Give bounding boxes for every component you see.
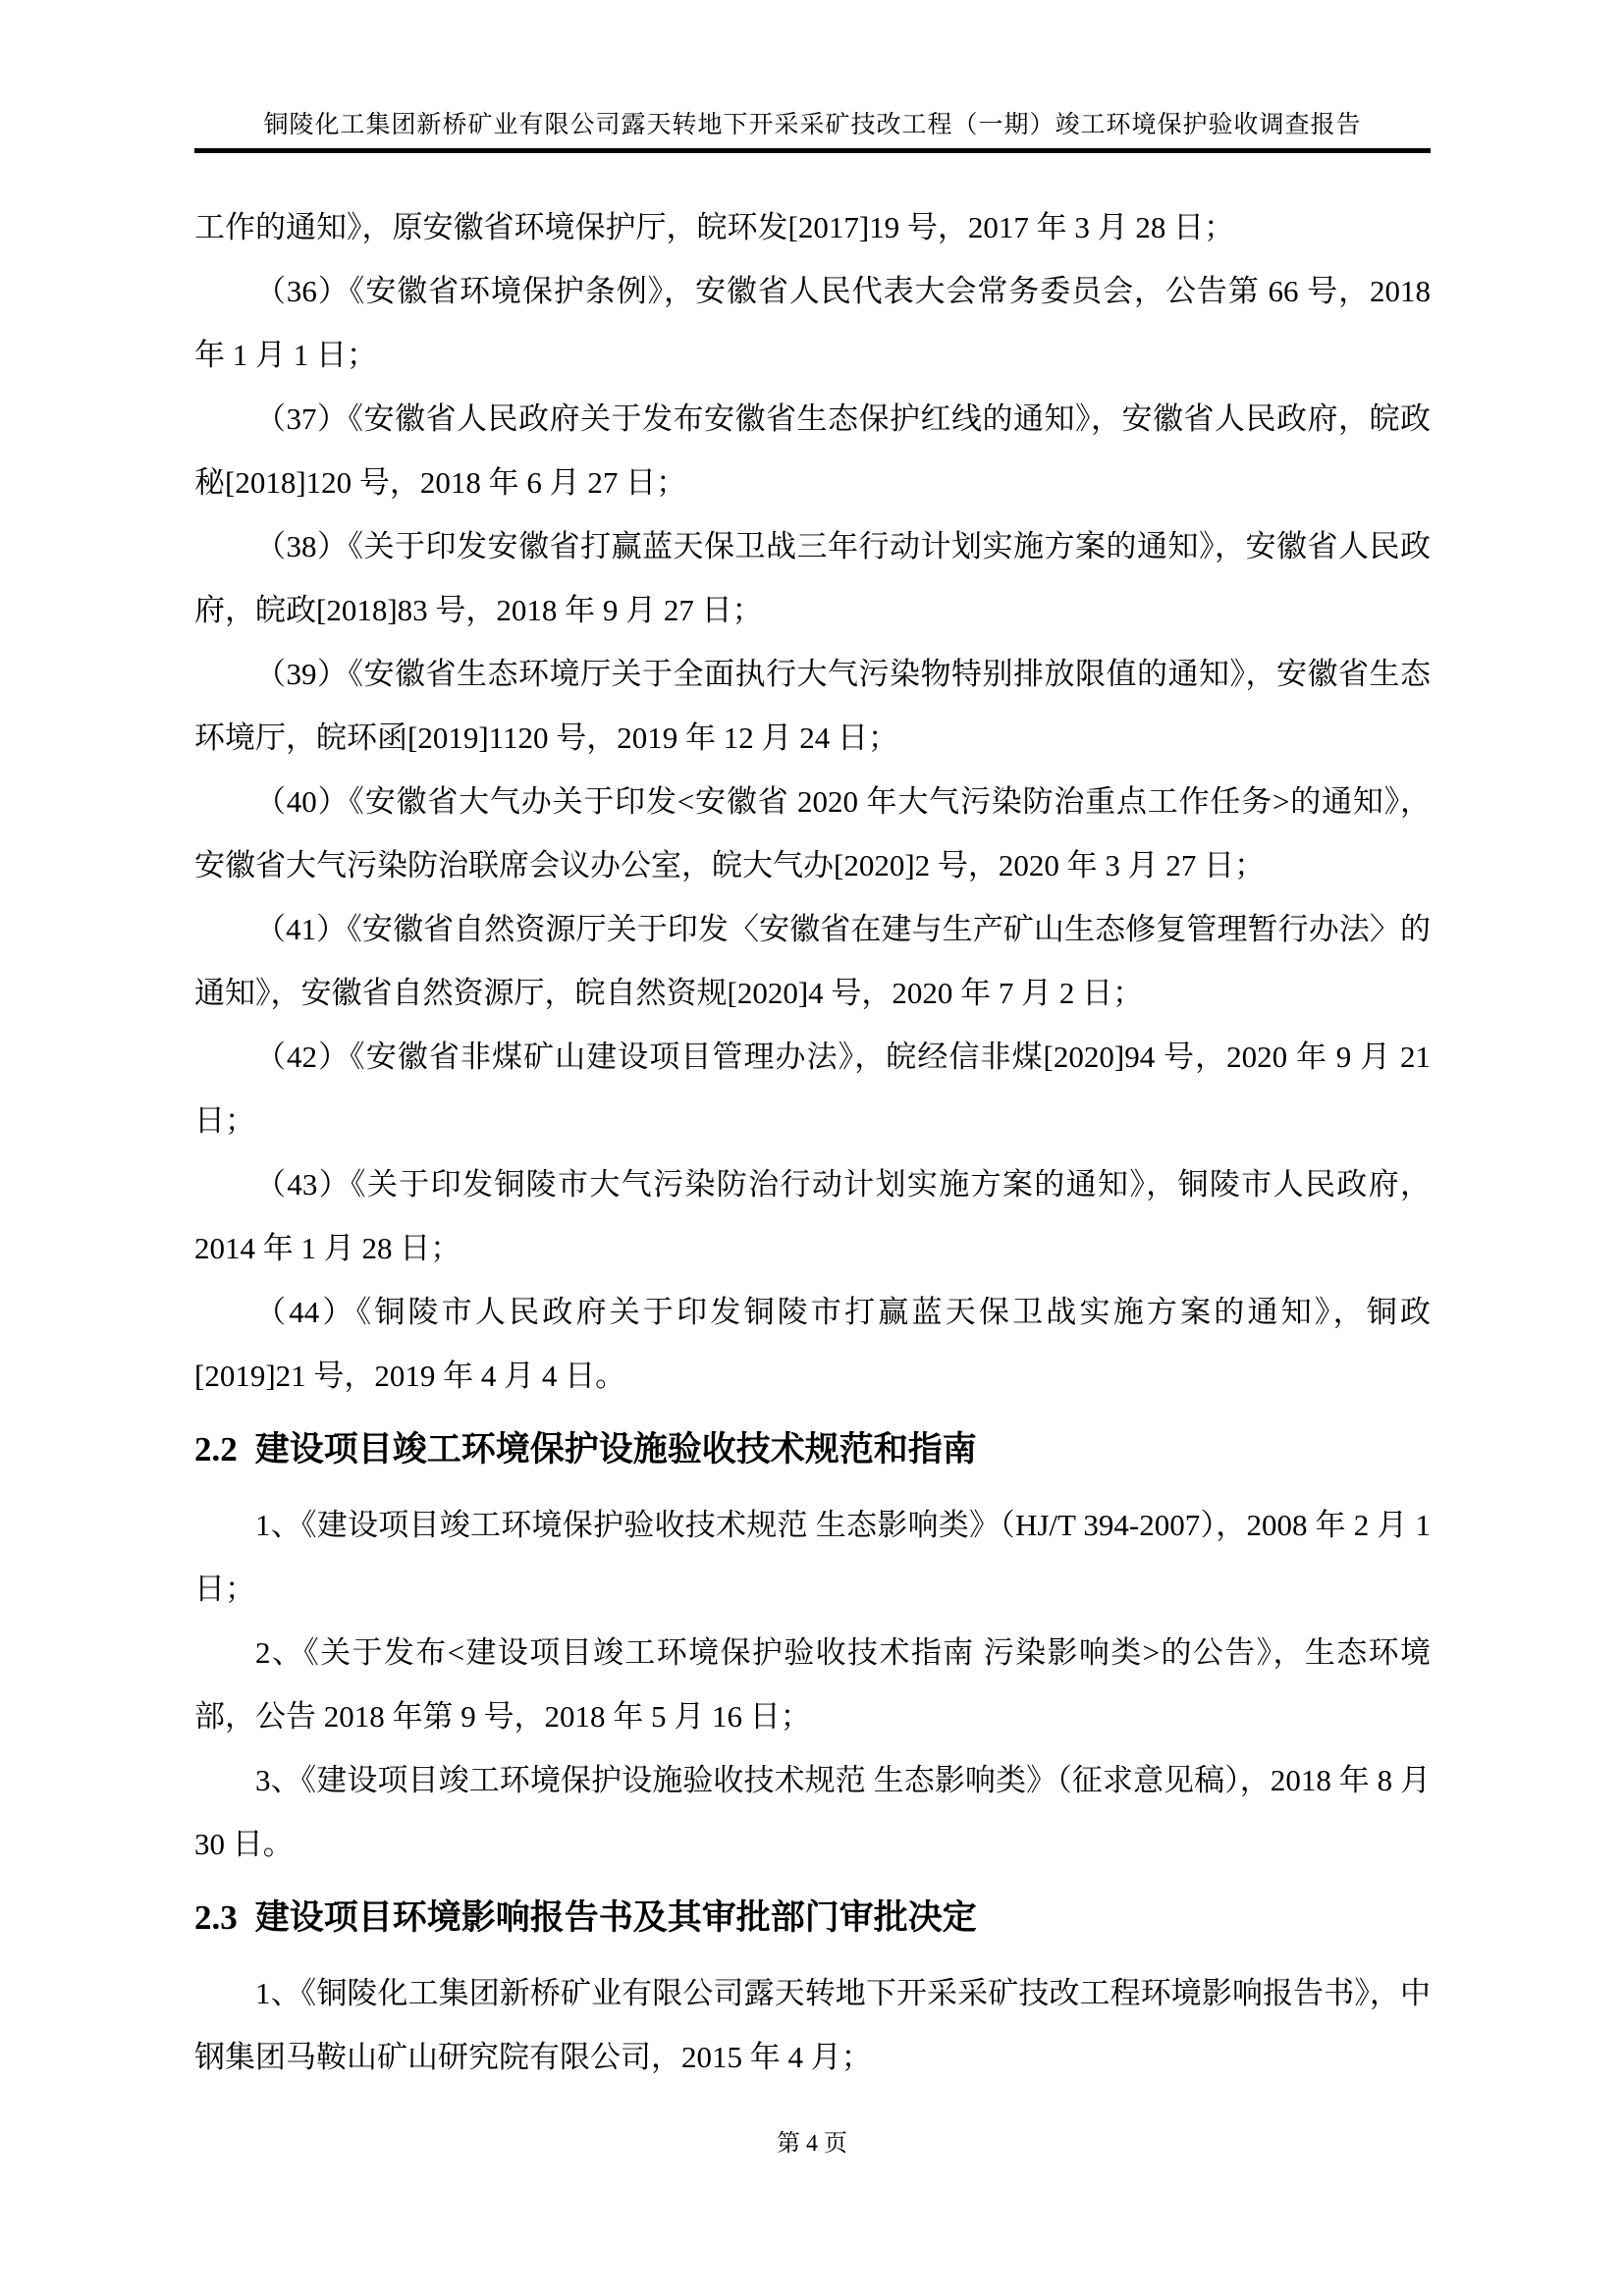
- reference-item-40: （40）《安徽省大气办关于印发<安徽省 2020 年大气污染防治重点工作任务>的…: [194, 770, 1431, 897]
- paragraph-continuation: 工作的通知》，原安徽省环境保护厅，皖环发[2017]19 号，2017 年 3 …: [194, 195, 1431, 259]
- reference-item-43: （43）《关于印发铜陵市大气污染防治行动计划实施方案的通知》，铜陵市人民政府，2…: [194, 1152, 1431, 1280]
- reference-item-44: （44）《铜陵市人民政府关于印发铜陵市打赢蓝天保卫战实施方案的通知》，铜政[20…: [194, 1280, 1431, 1408]
- page-body: 工作的通知》，原安徽省环境保护厅，皖环发[2017]19 号，2017 年 3 …: [194, 195, 1431, 2089]
- tech-spec-item-1: 1、《建设项目竣工环境保护验收技术规范 生态影响类》（HJ/T 394-2007…: [194, 1493, 1431, 1621]
- tech-spec-item-3: 3、《建设项目竣工环境保护设施验收技术规范 生态影响类》（征求意见稿），2018…: [194, 1748, 1431, 1876]
- page-footer: 第 4 页: [0, 2128, 1624, 2160]
- reference-item-41: （41）《安徽省自然资源厅关于印发〈安徽省在建与生产矿山生态修复管理暂行办法〉的…: [194, 897, 1431, 1025]
- document-page: 铜陵化工集团新桥矿业有限公司露天转地下开采采矿技改工程（一期）竣工环境保护验收调…: [0, 0, 1624, 2296]
- tech-spec-item-2: 2、《关于发布<建设项目竣工环境保护验收技术指南 污染影响类>的公告》，生态环境…: [194, 1621, 1431, 1748]
- reference-item-39: （39）《安徽省生态环境厅关于全面执行大气污染物特别排放限值的通知》，安徽省生态…: [194, 642, 1431, 770]
- section-title: 建设项目竣工环境保护设施验收技术规范和指南: [255, 1430, 977, 1468]
- reference-item-36: （36）《安徽省环境保护条例》，安徽省人民代表大会常务委员会，公告第 66 号，…: [194, 259, 1431, 387]
- section-heading-2-3: 2.3建设项目环境影响报告书及其审批部门审批决定: [194, 1886, 1431, 1949]
- header-rule: [194, 148, 1431, 153]
- section-title: 建设项目环境影响报告书及其审批部门审批决定: [255, 1898, 977, 1937]
- reference-item-42: （42）《安徽省非煤矿山建设项目管理办法》，皖经信非煤[2020]94 号，20…: [194, 1025, 1431, 1152]
- section-number: 2.2: [194, 1430, 238, 1468]
- eia-doc-item-1: 1、《铜陵化工集团新桥矿业有限公司露天转地下开采采矿技改工程环境影响报告书》，中…: [194, 1961, 1431, 2089]
- reference-item-38: （38）《关于印发安徽省打赢蓝天保卫战三年行动计划实施方案的通知》，安徽省人民政…: [194, 514, 1431, 642]
- page-content: 铜陵化工集团新桥矿业有限公司露天转地下开采采矿技改工程（一期）竣工环境保护验收调…: [194, 0, 1431, 2089]
- section-heading-2-2: 2.2建设项目竣工环境保护设施验收技术规范和指南: [194, 1417, 1431, 1481]
- page-number: 第 4 页: [777, 2131, 847, 2157]
- section-number: 2.3: [194, 1898, 238, 1937]
- reference-item-37: （37）《安徽省人民政府关于发布安徽省生态保护红线的通知》，安徽省人民政府，皖政…: [194, 387, 1431, 514]
- running-header-title: 铜陵化工集团新桥矿业有限公司露天转地下开采采矿技改工程（一期）竣工环境保护验收调…: [194, 0, 1431, 141]
- page-header: 铜陵化工集团新桥矿业有限公司露天转地下开采采矿技改工程（一期）竣工环境保护验收调…: [194, 0, 1431, 153]
